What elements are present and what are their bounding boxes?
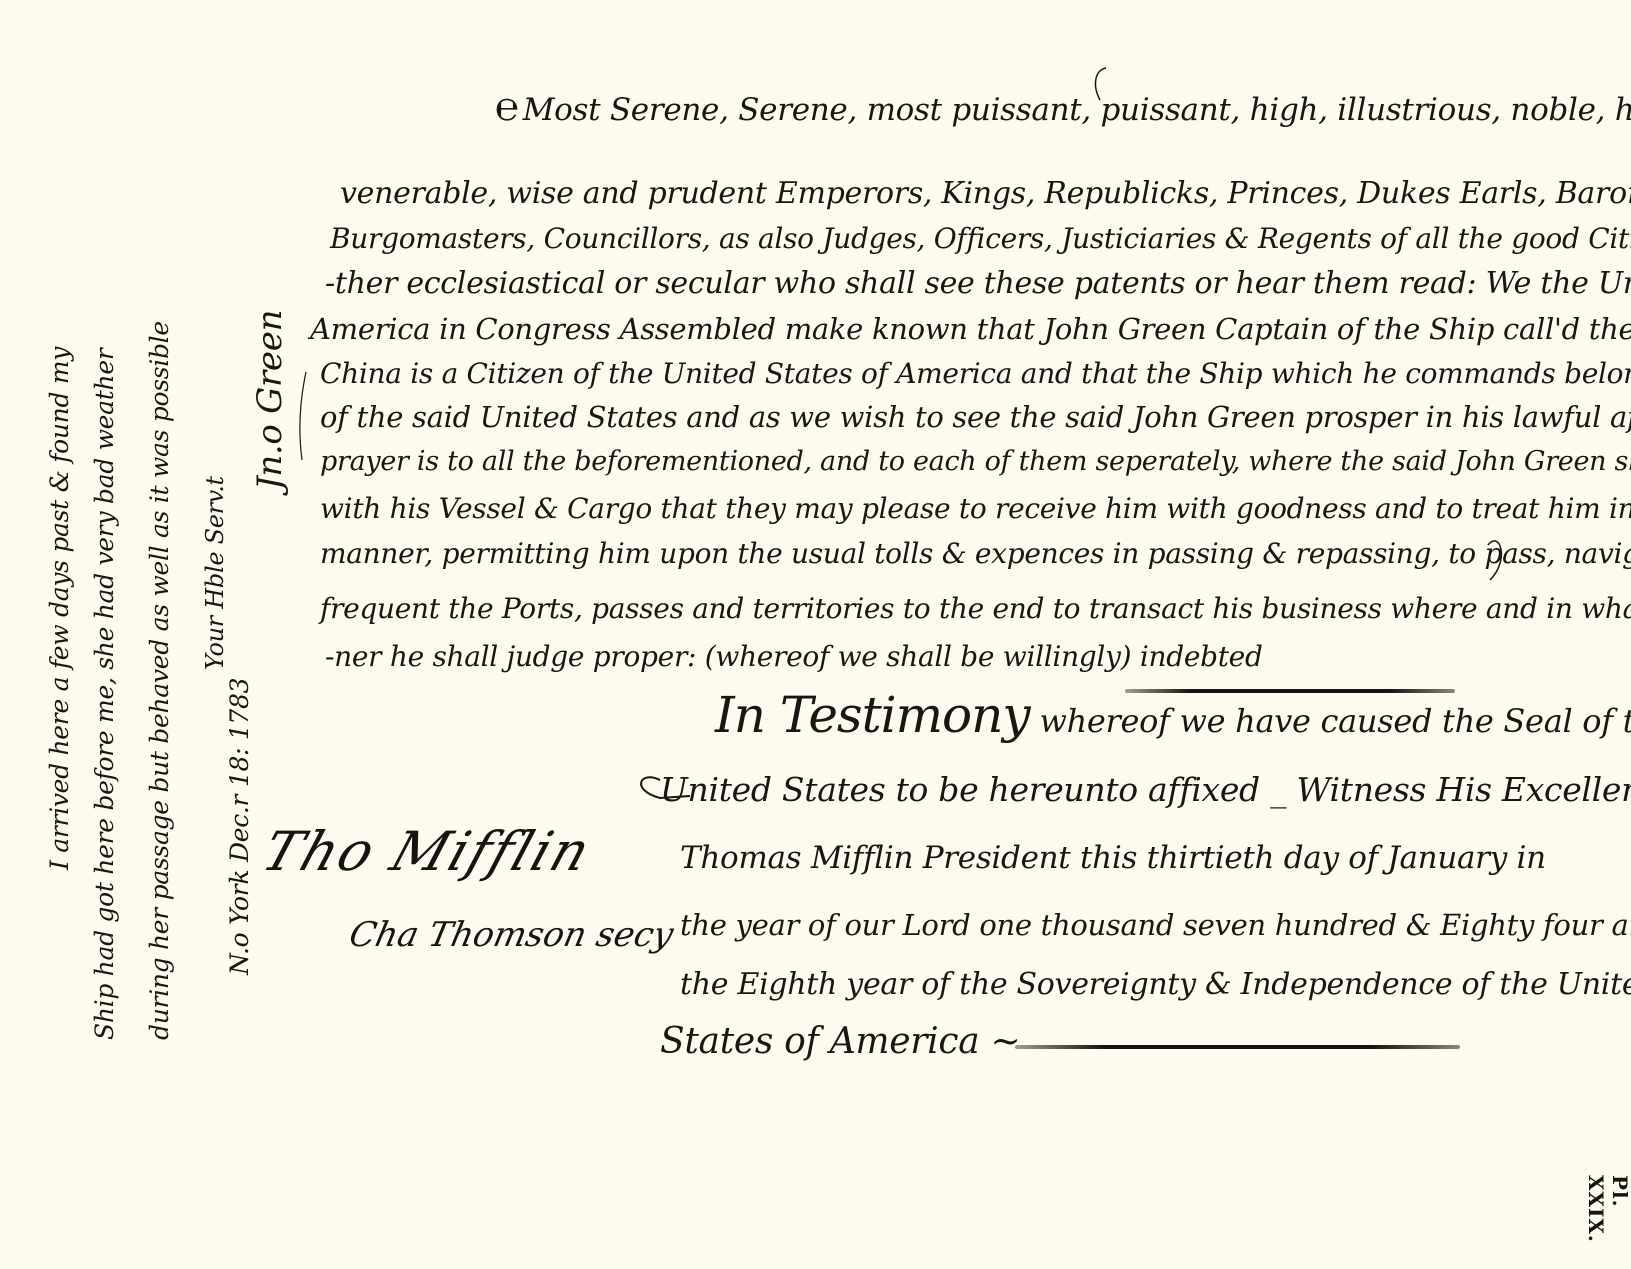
- testimony-line: Thomas Mifflin President this thirtieth …: [680, 838, 1546, 878]
- main-text-line: prayer is to all the beforementioned, an…: [320, 443, 1631, 481]
- main-text-line: Burgomasters, Councillors, as also Judge…: [330, 220, 1631, 258]
- main-text-line: -ner he shall judge proper: (whereof we …: [325, 638, 1263, 676]
- plate-label: Pl. XXIX.: [1584, 1175, 1631, 1243]
- main-text-line: frequent the Ports, passes and territori…: [320, 590, 1631, 628]
- margin-note-line: during her passage but behaved as well a…: [145, 321, 175, 1040]
- main-text-line: of the said United States and as we wish…: [320, 398, 1631, 436]
- testimony-line: United States to be hereunto affixed _ W…: [660, 770, 1631, 810]
- main-text-line: manner, permitting him upon the usual to…: [320, 535, 1631, 573]
- margin-note-line: Ship had got here before me, she had ver…: [90, 349, 120, 1040]
- initial-flourish: ℮: [495, 84, 519, 130]
- signature-thomson: Cha Thomson secy: [346, 915, 677, 955]
- testimony-line: the year of our Lord one thousand seven …: [680, 905, 1631, 945]
- final-rule-line: [1015, 1045, 1460, 1049]
- testimony-line: States of America ~: [660, 1022, 1020, 1062]
- closing-rule-line: [1125, 689, 1455, 693]
- margin-note-line: I arrived here a few days past & found m…: [45, 347, 75, 870]
- margin-note-closing: Your Hble Serv.t: [200, 476, 230, 670]
- main-text-line: venerable, wise and prudent Emperors, Ki…: [340, 175, 1631, 213]
- signature-mifflin: Tho Mifflin: [255, 820, 600, 883]
- main-text-line: China is a Citizen of the United States …: [320, 355, 1631, 393]
- testimony-line: In Testimony whereof we have caused the …: [715, 695, 1631, 741]
- main-text-line: -ther ecclesiastical or secular who shal…: [325, 265, 1631, 303]
- main-text-line: with his Vessel & Cargo that they may pl…: [320, 490, 1631, 528]
- margin-note-signer: Jn.o Green: [255, 310, 285, 490]
- main-text-line: ℮Most Serene, Serene, most puissant, pui…: [495, 88, 1631, 129]
- margin-note-place-date: N.o York Dec.r 18: 1783: [225, 678, 255, 975]
- testimony-line: the Eighth year of the Sovereignty & Ind…: [680, 965, 1631, 1005]
- main-text-line: America in Congress Assembled make known…: [310, 310, 1631, 348]
- testimony-heading: In Testimony: [715, 686, 1030, 744]
